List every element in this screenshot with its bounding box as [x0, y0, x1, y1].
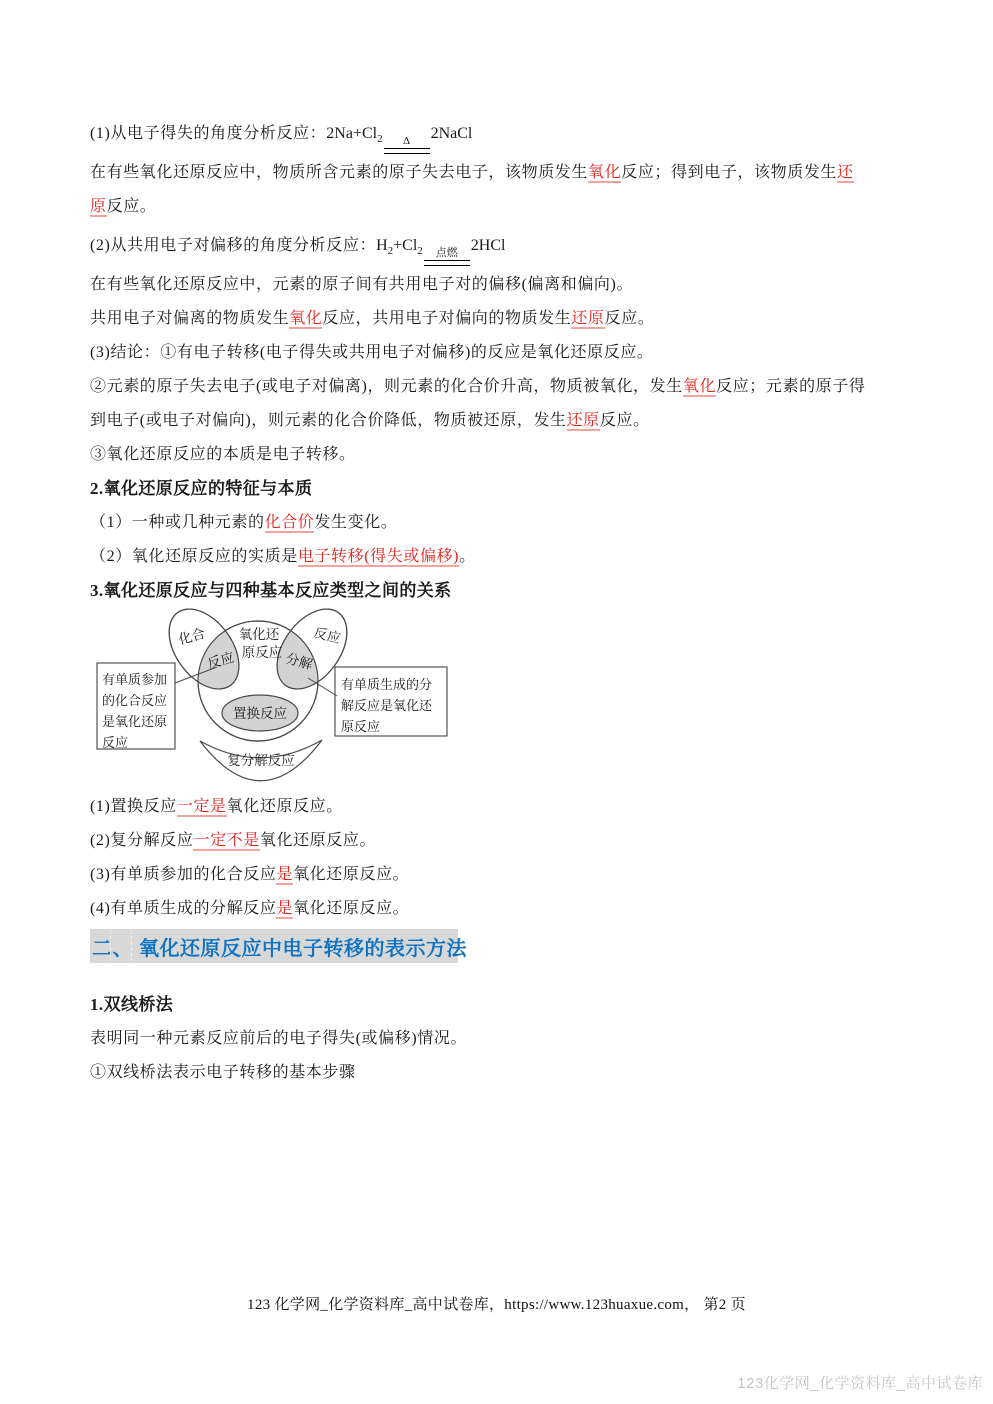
- text-line: （2）氧化还原反应的实质是电子转移(得失或偏移)。: [90, 540, 910, 574]
- double-line-icon: [424, 260, 470, 266]
- text-segment: (1)置换反应: [90, 798, 177, 815]
- redox-label-line2: 原反应: [242, 645, 283, 660]
- reaction-condition-equals: Δ: [384, 136, 430, 154]
- conclusion-line: (4)有单质生成的分解反应是氧化还原反应。: [90, 892, 910, 926]
- highlighted-red-text: 还原: [571, 310, 604, 329]
- displacement-label: 置换反应: [233, 705, 287, 721]
- text-segment: 2HCl: [471, 237, 506, 254]
- left-box-line-3: 是氧化还原: [102, 714, 167, 729]
- text-line: ②元素的原子失去电子(或电子对偏离)，则元素的化合价升高，物质被氧化，发生氧化反…: [90, 370, 910, 404]
- highlighted-red-text: 一定是: [177, 798, 227, 817]
- watermark-text: 123化学网_化学资料库_高中试卷库: [737, 1372, 983, 1393]
- reaction-types-venn-diagram: 化合 反应 氧化还 原反应 分解 反应 置换反应 复分解反应 有单质参加 的化合…: [90, 603, 490, 803]
- text-line: 2.氧化还原反应的特征与本质: [90, 472, 910, 506]
- text-segment: +: [353, 125, 362, 142]
- text-line: (3)结论：①有电子转移(电子得失或共用电子对偏移)的反应是氧化还原反应。: [90, 336, 910, 370]
- highlighted-red-text: 还: [837, 164, 854, 183]
- text-segment: 氧化还原反应。: [293, 900, 409, 917]
- text-segment: 1.: [90, 995, 104, 1014]
- right-box-line-2: 解反应是氧化还: [341, 698, 433, 713]
- conclusion-line: (1)置换反应一定是氧化还原反应。: [90, 790, 910, 824]
- text-segment: (3)结论：①有电子转移(电子得失或共用电子对偏移)的反应是氧化还原反应。: [90, 344, 654, 361]
- text-segment: 氧化还原反应。: [260, 832, 376, 849]
- text-segment: 反应。: [107, 198, 157, 215]
- reaction-condition-label: Δ: [403, 136, 410, 147]
- text-line: 1.双线桥法: [90, 988, 910, 1022]
- text-segment: (3)有单质参加的化合反应: [90, 866, 276, 883]
- text-segment: 反应。: [605, 310, 655, 327]
- top-paragraph-block: (1)从电子得失的角度分析反应：2Na+Cl2Δ2NaCl在有些氧化还原反应中，…: [90, 112, 910, 608]
- text-line: （1）一种或几种元素的化合价发生变化。: [90, 506, 910, 540]
- text-segment: 2.: [90, 479, 104, 498]
- metathesis-label: 复分解反应: [227, 753, 295, 768]
- highlighted-red-text: 化合价: [265, 514, 315, 533]
- reaction-condition-label: 点燃: [436, 248, 458, 259]
- highlighted-red-text: 电子转移(得失或偏移): [298, 548, 459, 567]
- text-segment: 表明同一种元素反应前后的电子得失(或偏移)情况。: [90, 1030, 467, 1047]
- text-segment: 氧化还原反应。: [227, 798, 343, 815]
- text-line: ①双线桥法表示电子转移的基本步骤: [90, 1056, 910, 1090]
- double-line-icon: [384, 148, 430, 154]
- text-segment: ②元素的原子失去电子(或电子对偏离)，则元素的化合价升高，物质被氧化，发生: [90, 378, 683, 395]
- text-line: (2)从共用电子对偏移的角度分析反应：H2+Cl2点燃2HCl: [90, 224, 910, 268]
- text-segment: 在有些氧化还原反应中，物质所含元素的原子失去电子，该物质发生: [90, 164, 588, 181]
- right-box-line-3: 原反应: [341, 719, 380, 734]
- highlighted-red-text: 是: [276, 866, 293, 885]
- section-header-bar: 二、 氧化还原反应中电子转移的表示方法: [90, 929, 458, 963]
- section-title: 二、 氧化还原反应中电子转移的表示方法: [90, 932, 467, 961]
- highlighted-red-text: 还原: [567, 412, 600, 431]
- text-segment: Cl: [362, 125, 377, 142]
- text-segment: 氧化还原反应。: [293, 866, 409, 883]
- text-segment: 发生变化。: [314, 514, 397, 531]
- double-bridge-block: 1.双线桥法表明同一种元素反应前后的电子得失(或偏移)情况。①双线桥法表示电子转…: [90, 988, 910, 1090]
- text-line: (1)从电子得失的角度分析反应：2Na+Cl2Δ2NaCl: [90, 112, 910, 156]
- text-line: 在有些氧化还原反应中，元素的原子间有共用电子对的偏移(偏离和偏向)。: [90, 268, 910, 302]
- conclusion-line: (3)有单质参加的化合反应是氧化还原反应。: [90, 858, 910, 892]
- table-cell-divider: [110, 931, 111, 961]
- text-line: 原反应。: [90, 190, 910, 224]
- text-segment: 2NaCl: [431, 125, 473, 142]
- text-segment: 双线桥法: [104, 995, 174, 1014]
- text-segment: （2）氧化还原反应的实质是: [90, 548, 298, 565]
- text-segment: ③氧化还原反应的本质是电子转移。: [90, 446, 356, 463]
- redox-label-line1: 氧化还: [239, 627, 280, 642]
- text-segment: 2: [377, 133, 383, 145]
- text-segment: 3.: [90, 581, 104, 600]
- table-cell-divider: [131, 931, 132, 961]
- text-line: 在有些氧化还原反应中，物质所含元素的原子失去电子，该物质发生氧化反应；得到电子，…: [90, 156, 910, 190]
- conclusions-list-block: (1)置换反应一定是氧化还原反应。(2)复分解反应一定不是氧化还原反应。(3)有…: [90, 790, 910, 926]
- text-line: 到电子(或电子对偏向)，则元素的化合价降低，物质被还原，发生还原反应。: [90, 404, 910, 438]
- text-line: ③氧化还原反应的本质是电子转移。: [90, 438, 910, 472]
- text-segment: 反应。: [600, 412, 650, 429]
- text-segment: (2)从共用电子对偏移的角度分析反应：: [90, 237, 376, 254]
- document-page: (1)从电子得失的角度分析反应：2Na+Cl2Δ2NaCl在有些氧化还原反应中，…: [0, 0, 993, 1404]
- right-box-line-1: 有单质生成的分: [341, 677, 432, 692]
- highlighted-red-text: 是: [276, 900, 293, 919]
- text-segment: 反应；得到电子，该物质发生: [621, 164, 837, 181]
- page-footer: 123 化学网_化学资料库_高中试卷库，https://www.123huaxu…: [0, 1293, 993, 1314]
- text-segment: 在有些氧化还原反应中，元素的原子间有共用电子对的偏移(偏离和偏向)。: [90, 276, 633, 293]
- left-box-line-4: 反应: [102, 735, 128, 750]
- text-segment: 到电子(或电子对偏向)，则元素的化合价降低，物质被还原，发生: [90, 412, 567, 429]
- reaction-condition-equals: 点燃: [424, 248, 470, 266]
- text-segment: （1）一种或几种元素的: [90, 514, 265, 531]
- left-box-line-2: 的化合反应: [102, 693, 167, 708]
- text-segment: 反应；元素的原子得: [716, 378, 865, 395]
- text-segment: (4)有单质生成的分解反应: [90, 900, 276, 917]
- highlighted-red-text: 氧化: [683, 378, 716, 397]
- conclusion-line: (2)复分解反应一定不是氧化还原反应。: [90, 824, 910, 858]
- text-segment: 共用电子对偏离的物质发生: [90, 310, 289, 327]
- text-segment: 。: [459, 548, 476, 565]
- highlighted-red-text: 原: [90, 198, 107, 217]
- text-segment: (1)从电子得失的角度分析反应：: [90, 125, 326, 142]
- text-line: 表明同一种元素反应前后的电子得失(或偏移)情况。: [90, 1022, 910, 1056]
- text-segment: Cl: [402, 237, 417, 254]
- text-segment: (2)复分解反应: [90, 832, 193, 849]
- text-segment: 2: [417, 245, 423, 257]
- text-segment: H: [376, 237, 388, 254]
- highlighted-red-text: 氧化: [289, 310, 322, 329]
- text-line: 共用电子对偏离的物质发生氧化反应，共用电子对偏向的物质发生还原反应。: [90, 302, 910, 336]
- highlighted-red-text: 一定不是: [193, 832, 259, 851]
- text-segment: 反应，共用电子对偏向的物质发生: [322, 310, 571, 327]
- highlighted-red-text: 氧化: [588, 164, 621, 183]
- text-segment: 氧化还原反应与四种基本反应类型之间的关系: [104, 581, 452, 600]
- text-segment: 2Na: [326, 125, 353, 142]
- text-segment: ①双线桥法表示电子转移的基本步骤: [90, 1064, 356, 1081]
- text-segment: 氧化还原反应的特征与本质: [104, 479, 313, 498]
- left-box-line-1: 有单质参加: [102, 672, 167, 687]
- text-segment: +: [393, 237, 402, 254]
